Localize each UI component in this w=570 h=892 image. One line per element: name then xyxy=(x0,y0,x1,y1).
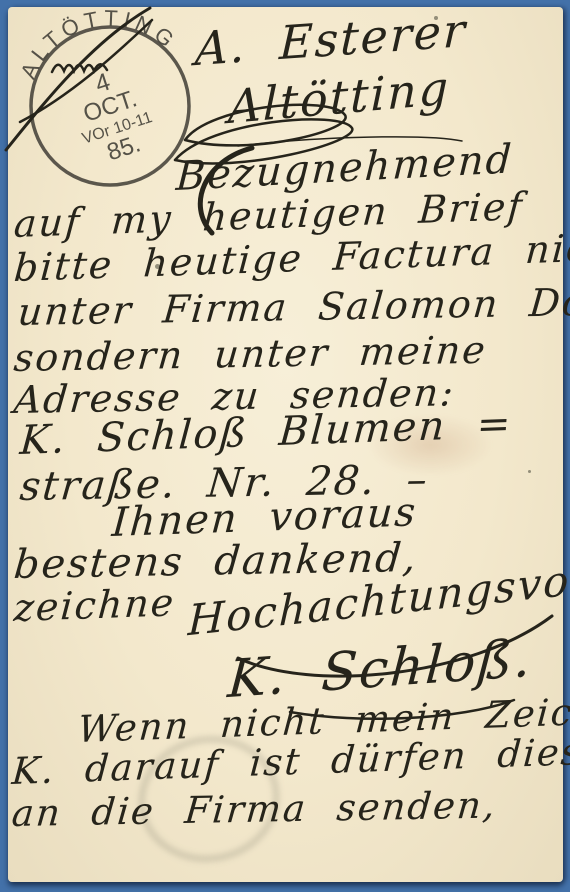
scanned-postcard-page: { "palette": { "background": "#4371a9", … xyxy=(0,0,570,892)
paper-speck xyxy=(528,470,531,473)
message-line: zeichne xyxy=(12,580,176,630)
postscript-line: an die Firma senden, xyxy=(10,784,499,836)
